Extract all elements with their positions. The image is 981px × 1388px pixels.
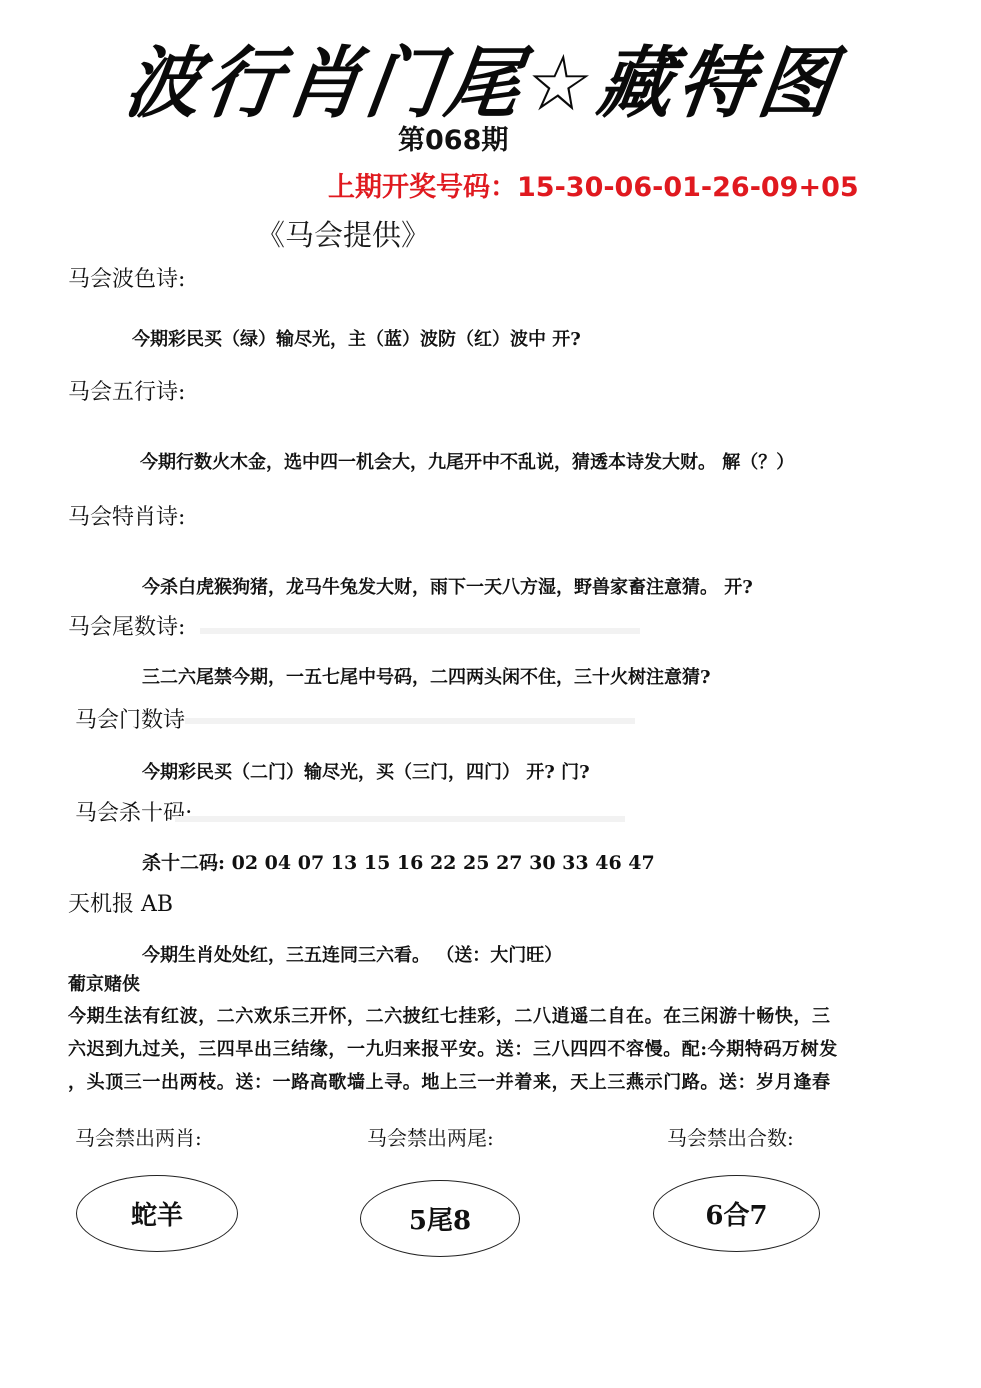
ban-sum-value: 6合7 xyxy=(705,1195,767,1232)
section-content-tianji-report: 今期生肖处处红，三五连同三六看。 （送：大门旺） xyxy=(142,941,562,967)
section-heading-five-elements: 马会五行诗: xyxy=(68,375,185,406)
ban-sum-label: 马会禁出合数: xyxy=(667,1122,794,1151)
gambler-paragraph: 今期生法有红波，二六欢乐三开怀，二六披红七挂彩，二八逍遥二自在。在三闲游十畅快，… xyxy=(68,1000,908,1099)
scan-artifact xyxy=(200,628,640,634)
ban-tail-label: 马会禁出两尾: xyxy=(367,1122,494,1151)
section-content-tail-number: 三二六尾禁今期，一五七尾中号码，二四两头闲不住，三十火树注意猜? xyxy=(142,663,711,689)
gambler-line: ，头顶三一出两枝。送：一路高歌墙上寻。地上三一并着来，天上三燕示门路。送：岁月逢… xyxy=(68,1066,908,1099)
gambler-line: 今期生法有红波，二六欢乐三开怀，二六披红七挂彩，二八逍遥二自在。在三闲游十畅快，… xyxy=(68,1000,908,1033)
section-content-five-elements: 今期行数火木金，选中四一机会大，九尾开中不乱说，猜透本诗发大财。 解（？） xyxy=(140,448,794,474)
section-heading-door-number: 马会门数诗 xyxy=(75,703,185,734)
section-heading-tianji-report: 天机报 AB xyxy=(68,887,173,918)
ban-tail-value: 5尾8 xyxy=(409,1200,471,1237)
scan-artifact xyxy=(175,816,625,822)
ban-zodiac-oval: 蛇羊 xyxy=(76,1175,238,1252)
section-heading-special-zodiac: 马会特肖诗: xyxy=(68,500,185,531)
gambler-heading: 葡京赌侠 xyxy=(68,970,140,996)
section-content-special-zodiac: 今杀白虎猴狗猪，龙马牛兔发大财，雨下一天八方湿，野兽家畜注意猜。 开? xyxy=(142,573,753,599)
provider-label: 《马会提供》 xyxy=(256,213,430,254)
section-heading-tail-number: 马会尾数诗: xyxy=(68,610,185,641)
previous-result: 上期开奖号码：15-30-06-01-26-09+05 xyxy=(328,165,859,204)
ban-zodiac-label: 马会禁出两肖: xyxy=(75,1122,202,1151)
section-heading-wave-color: 马会波色诗: xyxy=(68,262,185,293)
section-content-door-number: 今期彩民买（二门）输尽光，买（三门，四门） 开? 门? xyxy=(142,758,590,784)
section-heading-kill-ten: 马会杀十码: xyxy=(75,796,192,827)
issue-number: 第068期 xyxy=(398,118,508,157)
ban-tail-oval: 5尾8 xyxy=(360,1180,520,1257)
previous-result-label: 上期开奖号码： xyxy=(328,172,517,203)
scan-artifact xyxy=(185,718,635,724)
ban-sum-oval: 6合7 xyxy=(653,1175,820,1252)
previous-result-numbers: 15-30-06-01-26-09+05 xyxy=(517,172,859,203)
page-title: 波行肖门尾☆藏特图 xyxy=(119,22,847,133)
section-content-wave-color: 今期彩民买（绿）输尽光，主（蓝）波防（红）波中 开? xyxy=(132,325,581,351)
ban-zodiac-value: 蛇羊 xyxy=(131,1195,183,1232)
section-content-kill-twelve: 杀十二码: 02 04 07 13 15 16 22 25 27 30 33 4… xyxy=(142,848,655,875)
gambler-line: 六迟到九过关，三四早出三结缘，一九归来报平安。送：三八四四不容慢。配:今期特码万… xyxy=(68,1033,908,1066)
